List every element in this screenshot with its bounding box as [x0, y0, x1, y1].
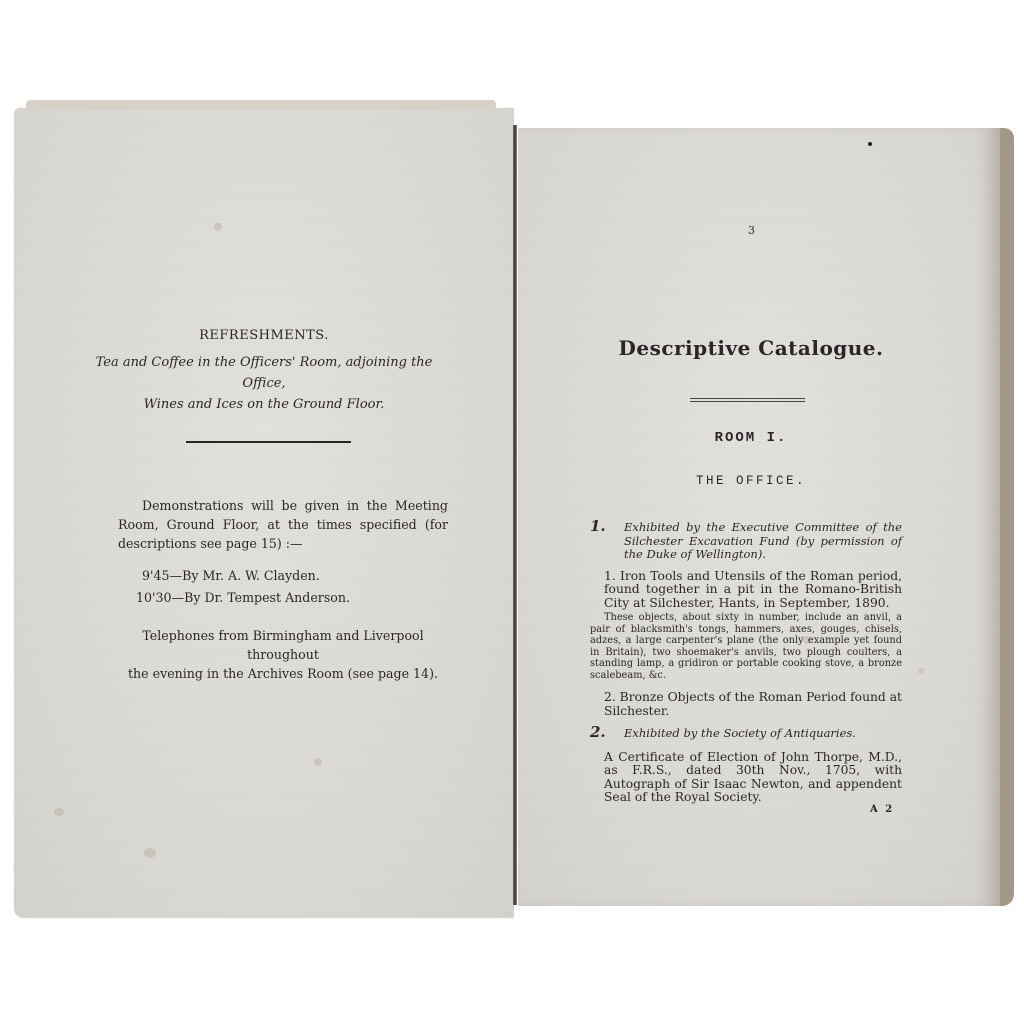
foxing-spot — [918, 668, 924, 674]
double-rule-divider — [690, 398, 805, 402]
catalogue-entry: 2.Exhibited by the Society of Antiquarie… — [590, 726, 902, 805]
refreshments-text: Tea and Coffee in the Officers' Room, ad… — [84, 352, 444, 415]
ink-dot — [868, 142, 872, 146]
page-number: 3 — [748, 224, 755, 237]
refreshments-heading: Refreshments. — [14, 328, 514, 343]
schedule-time: 9'45 — [142, 568, 170, 583]
entry-exhibitor: 1.Exhibited by the Executive Committee o… — [590, 520, 902, 562]
foxing-spot — [54, 808, 64, 816]
catalogue-title: Descriptive Catalogue. — [518, 336, 984, 360]
schedule-text: —By Dr. Tempest Anderson. — [172, 590, 350, 605]
left-page: Refreshments. Tea and Coffee in the Offi… — [14, 108, 514, 918]
telephones-line-2: the evening in the Archives Room (see pa… — [118, 664, 448, 683]
demonstration-schedule: 9'45—By Mr. A. W. Clayden. 10'30—By Dr. … — [142, 565, 350, 609]
catalogue-item: 2. Bronze Objects of the Roman Period fo… — [590, 691, 902, 718]
catalogue-entry: 1.Exhibited by the Executive Committee o… — [590, 520, 902, 718]
right-page: 3 Descriptive Catalogue. ROOM I. THE OFF… — [518, 128, 1014, 906]
schedule-item: 10'30—By Dr. Tempest Anderson. — [136, 587, 350, 609]
room-heading: ROOM I. — [518, 430, 984, 446]
refreshments-line-1: Tea and Coffee in the Officers' Room, ad… — [84, 352, 444, 394]
catalogue-item: 1. Iron Tools and Utensils of the Roman … — [590, 570, 902, 682]
schedule-text: —By Mr. A. W. Clayden. — [170, 568, 320, 583]
item-note: These objects, about sixty in number, in… — [590, 612, 902, 681]
section-divider — [186, 441, 351, 443]
exhibitor-text: Exhibited by the Executive Committee of … — [624, 520, 902, 561]
schedule-item: 9'45—By Mr. A. W. Clayden. — [142, 565, 350, 587]
foxing-spot — [214, 223, 222, 231]
item-label: 2. Bronze Objects of the Roman Period fo… — [604, 691, 902, 718]
signature-mark: A 2 — [870, 804, 894, 815]
foxing-spot — [314, 758, 322, 766]
entry-exhibitor: 2.Exhibited by the Society of Antiquarie… — [590, 726, 902, 741]
telephones-text: Telephones from Birmingham and Liverpool… — [118, 626, 448, 683]
entry-number: 1. — [590, 520, 624, 534]
demonstrations-text: Demonstrations will be given in the Meet… — [118, 496, 448, 553]
entry-number: 2. — [590, 726, 624, 740]
room-name: THE OFFICE. — [518, 474, 984, 488]
item-label: 1. Iron Tools and Utensils of the Roman … — [604, 570, 902, 611]
book-gutter — [513, 125, 517, 905]
schedule-time: 10'30 — [136, 590, 172, 605]
telephones-line-1: Telephones from Birmingham and Liverpool… — [118, 626, 448, 664]
entry-body: A Certificate of Election of John Thorpe… — [590, 751, 902, 805]
refreshments-line-2: Wines and Ices on the Ground Floor. — [84, 394, 444, 415]
foxing-spot — [144, 848, 156, 858]
exhibitor-text: Exhibited by the Society of Antiquaries. — [624, 726, 856, 740]
